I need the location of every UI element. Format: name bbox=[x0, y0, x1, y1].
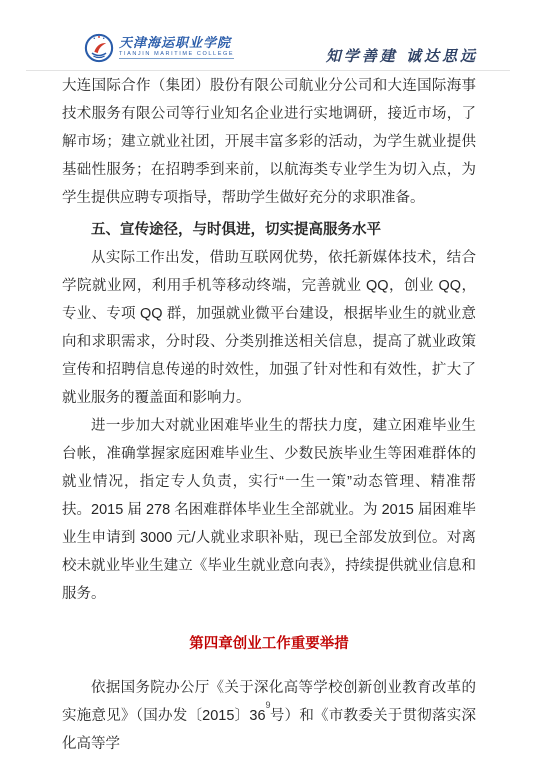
document-page: 天津海运职业学院 TIANJIN MARITIME COLLEGE 知学善建 诚… bbox=[0, 0, 536, 768]
section-heading-five: 五、宣传途径，与时俱进，切实提高服务水平 bbox=[62, 216, 476, 244]
paragraph-continuation: 大连国际合作（集团）股份有限公司航业分公司和大连国际海事技术服务有限公司等行业知… bbox=[62, 72, 476, 212]
header-divider bbox=[26, 70, 510, 71]
chapter-four-heading: 第四章创业工作重要举措 bbox=[62, 630, 476, 658]
college-emblem-icon bbox=[84, 33, 114, 63]
page-header: 天津海运职业学院 TIANJIN MARITIME COLLEGE 知学善建 诚… bbox=[62, 33, 478, 67]
college-name-english: TIANJIN MARITIME COLLEGE bbox=[119, 52, 234, 60]
document-body: 大连国际合作（集团）股份有限公司航业分公司和大连国际海事技术服务有限公司等行业知… bbox=[62, 72, 476, 758]
college-logo: 天津海运职业学院 TIANJIN MARITIME COLLEGE bbox=[84, 33, 234, 63]
college-motto: 知学善建 诚达思远 bbox=[326, 45, 478, 66]
college-name-block: 天津海运职业学院 TIANJIN MARITIME COLLEGE bbox=[119, 37, 234, 60]
paragraph-publicity: 从实际工作出发，借助互联网优势，依托新媒体技术，结合学院就业网，利用手机等移动终… bbox=[62, 244, 476, 412]
page-number: 9 bbox=[0, 700, 536, 710]
paragraph-assistance: 进一步加大对就业困难毕业生的帮扶力度，建立困难毕业生台帐，准确掌握家庭困难毕业生… bbox=[62, 412, 476, 608]
paragraph-policy-basis: 依据国务院办公厅《关于深化高等学校创新创业教育改革的实施意见》（国办发〔2015… bbox=[62, 674, 476, 758]
college-name-chinese: 天津海运职业学院 bbox=[119, 37, 234, 50]
